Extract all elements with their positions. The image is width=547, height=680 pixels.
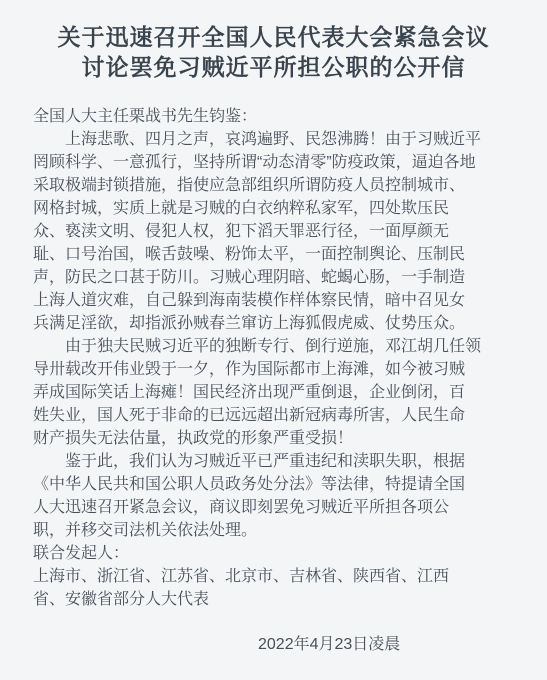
text-line: 众、亵渎文明、侵犯人权，犯下滔天罪恶行径，一面厚颜无 [33,220,519,243]
text-line: 上海人道灾难，自己躲到海南装模作样体察民情，暗中召见女 [33,289,519,312]
text-line: 网格封城，实质上就是习贼的白衣纳粹私家军，四处欺压民 [33,197,519,220]
text-line: 财产损失无法估量，执政党的形象严重受损！ [33,427,519,450]
text-line: 耻、口号治国，喉舌鼓噪、粉饰太平，一面控制舆论、压制民 [33,243,519,266]
text-line: 罔顾科学、一意孤行，坚持所谓“动态清零”防疫政策，逼迫各地 [33,151,519,174]
text-line: 声，防民之口甚于防川。习贼心理阴暗、蛇蝎心肠，一手制造 [33,266,519,289]
open-letter-document: 关于迅速召开全国人民代表大会紧急会议 讨论罢免习贼近平所担公职的公开信 全国人大… [0,0,547,680]
text-line: 全国人大主任栗战书先生钧鉴： [33,105,519,128]
date-line: 2022年4月23日凌晨 [0,633,547,656]
text-line: 由于独夫民贼习近平的独断专行、倒行逆施，邓江胡几任领 [33,335,519,358]
text-line: 姓失业，国人死于非命的已远远超出新冠病毒所害，人民生命 [33,404,519,427]
document-body: 全国人大主任栗战书先生钧鉴： 上海悲歌、四月之声，哀鸿遍野、民怨沸腾！由于习贼近… [0,105,547,611]
text-line: 采取极端封锁措施，指使应急部组织所谓防疫人员控制城市、 [33,174,519,197]
title-line-2: 讨论罢免习贼近平所担公职的公开信 [0,52,547,82]
text-line: 职，并移交司法机关依法处理。 [33,519,519,542]
text-line: 鉴于此，我们认为习贼近平已严重违纪和渎职失职，根据 [33,450,519,473]
text-line: 上海市、浙江省、江苏省、北京市、吉林省、陕西省、江西 [33,565,519,588]
text-line: 导卅载改开伟业毁于一夕，作为国际都市上海滩，如今被习贼 [33,358,519,381]
text-line: 人大迅速召开紧急会议，商议即刻罢免习贼近平所担各项公 [33,496,519,519]
text-line: 上海悲歌、四月之声，哀鸿遍野、民怨沸腾！由于习贼近平 [33,128,519,151]
text-line: 弄成国际笑话上海瘫！国民经济出现严重倒退，企业倒闭，百 [33,381,519,404]
text-line: 联合发起人： [33,542,519,565]
text-line: 省、安徽省部分人大代表 [33,588,519,611]
document-title: 关于迅速召开全国人民代表大会紧急会议 讨论罢免习贼近平所担公职的公开信 [0,0,547,82]
text-line: 《中华人民共和国公职人员政务处分法》等法律，特提请全国 [33,473,519,496]
text-line: 兵满足淫欲，却指派孙贼春兰窜访上海狐假虎威、仗势压众。 [33,312,519,335]
title-line-1: 关于迅速召开全国人民代表大会紧急会议 [0,22,547,52]
